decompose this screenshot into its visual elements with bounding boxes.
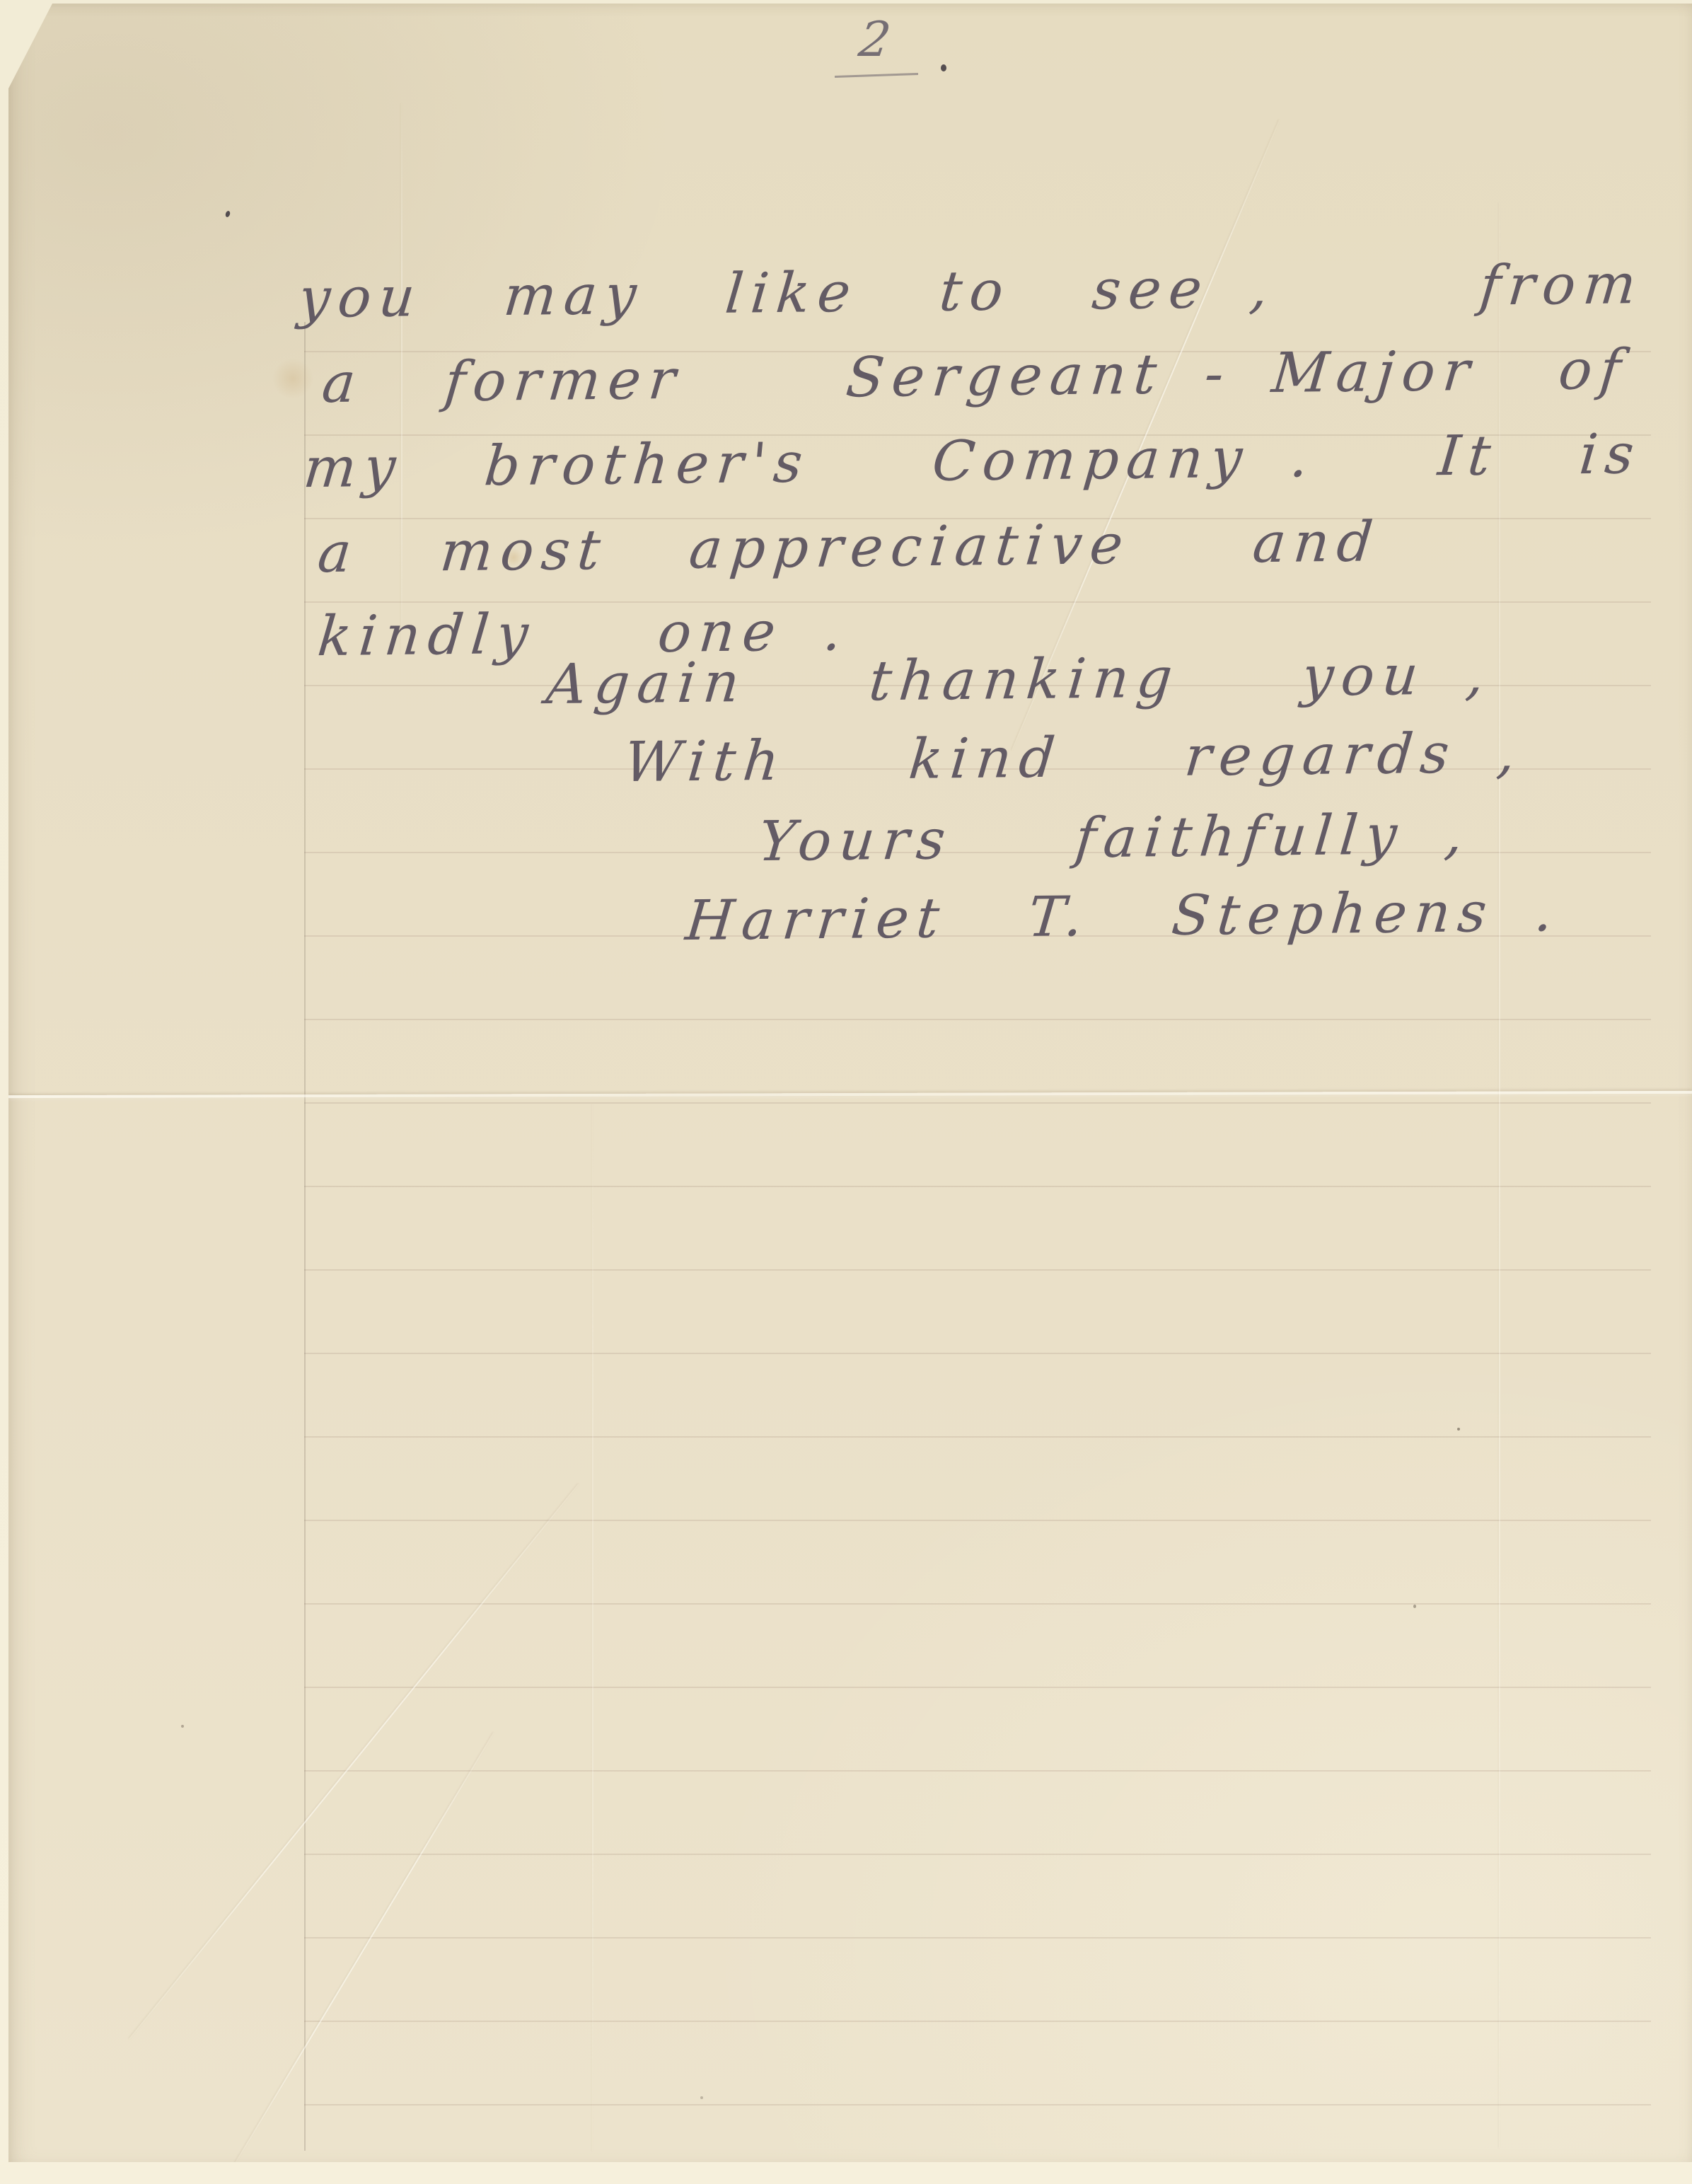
page-number-period xyxy=(941,64,946,71)
handwriting-line-3: my brother's Company . It is xyxy=(301,422,1644,500)
vertical-crease xyxy=(1499,202,1500,2148)
diagonal-crease xyxy=(129,1484,579,2039)
paper-stain xyxy=(272,359,314,398)
signature: Harriet T. Stephens . xyxy=(683,880,1563,953)
diagonal-crease xyxy=(233,1733,494,2166)
scanned-letter-page: { "document": { "kind": "handwritten-let… xyxy=(0,0,1692,2184)
horizontal-fold-crease xyxy=(8,1091,1692,1098)
vertical-crease xyxy=(592,1104,593,2151)
ink-speck xyxy=(1413,1605,1416,1608)
ink-speck xyxy=(181,1725,184,1728)
handwriting-line-1: you may like to see , from xyxy=(296,253,1646,330)
margin-rule-line xyxy=(304,322,306,2151)
handwriting-line-7: With kind regards , xyxy=(621,722,1526,795)
handwriting-line-8: Yours faithfully , xyxy=(755,802,1473,874)
paper-sheet: 2 you may like to see , from a former Se… xyxy=(8,4,1692,2162)
ink-mark xyxy=(225,210,231,218)
handwriting-line-4: a most appreciative and xyxy=(315,510,1383,585)
page-number-underline xyxy=(835,73,918,78)
ink-speck xyxy=(700,2096,703,2099)
handwriting-line-6: Again thanking you , xyxy=(543,643,1495,717)
ink-speck xyxy=(1457,1428,1460,1431)
handwriting-line-2: a former Sergeant - Major of xyxy=(319,338,1630,415)
page-number: 2 xyxy=(855,12,895,68)
